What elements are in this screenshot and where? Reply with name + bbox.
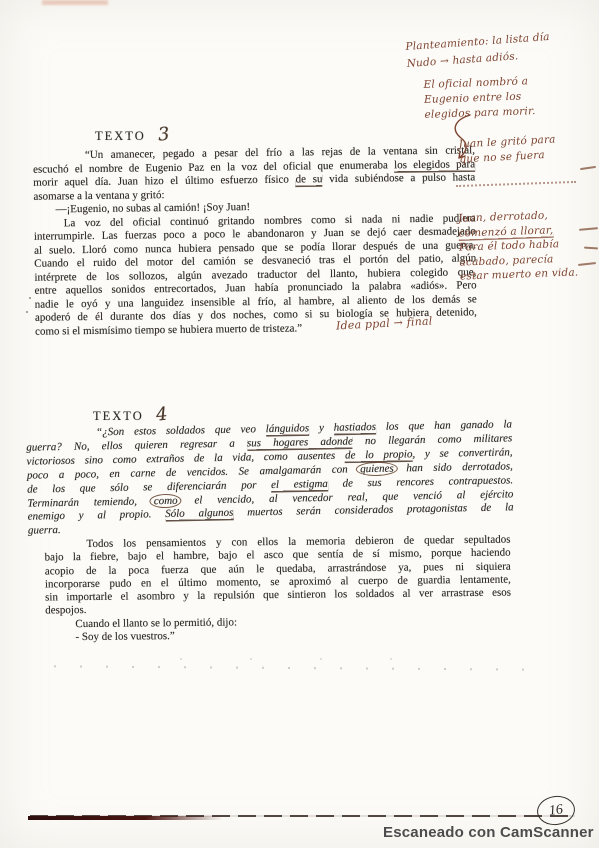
annotation-juan-grito: Juan le gritó paraque no se fuera: [458, 132, 557, 167]
scan-noise-line: [150, 658, 450, 660]
text-line: elegidos para morir.: [424, 104, 536, 123]
scan-noise-line: [45, 665, 535, 670]
paper-edge-shadow: [28, 816, 223, 820]
cutoff-pen-mark: [580, 166, 596, 170]
scan-speck: [29, 297, 31, 299]
annotation-juan-derrotado: Juan, derrotado,comenzó a llorar,Para él…: [458, 206, 599, 284]
texto3-heading: TEXTO3: [95, 124, 171, 145]
texto3-number-handwritten: 3: [157, 123, 173, 145]
texto4-number-handwritten: 4: [155, 403, 171, 425]
texto4-heading: TEXTO4: [93, 404, 169, 425]
scanned-page: TEXTO3 “Un amanecer, pegado a pesar del …: [0, 0, 599, 848]
scan-smudge: [42, 0, 108, 5]
annotation-planteamiento-nudo: Planteamiento: la lista díaNudo → hasta …: [405, 29, 551, 73]
texto4-paragraph-2: Todos los pensamientos y con ellos la me…: [44, 534, 511, 645]
texto3-heading-label: TEXTO: [95, 129, 146, 143]
page-number-circle: 16: [535, 794, 576, 827]
texto4-paragraph-1: “¿Son estos soldados que veo lánguidos y…: [26, 418, 514, 539]
texto4-heading-label: TEXTO: [93, 409, 144, 423]
scan-speck: [26, 311, 28, 313]
texto3-paragraph: “Un amanecer, pegado a pesar del frío a …: [33, 144, 477, 338]
annotation-oficial-nombro: El oficial nombró aEugenio entre loseleg…: [423, 74, 536, 123]
camscanner-watermark: Escaneado con CamScanner: [383, 824, 594, 841]
page-number: 16: [548, 802, 564, 820]
